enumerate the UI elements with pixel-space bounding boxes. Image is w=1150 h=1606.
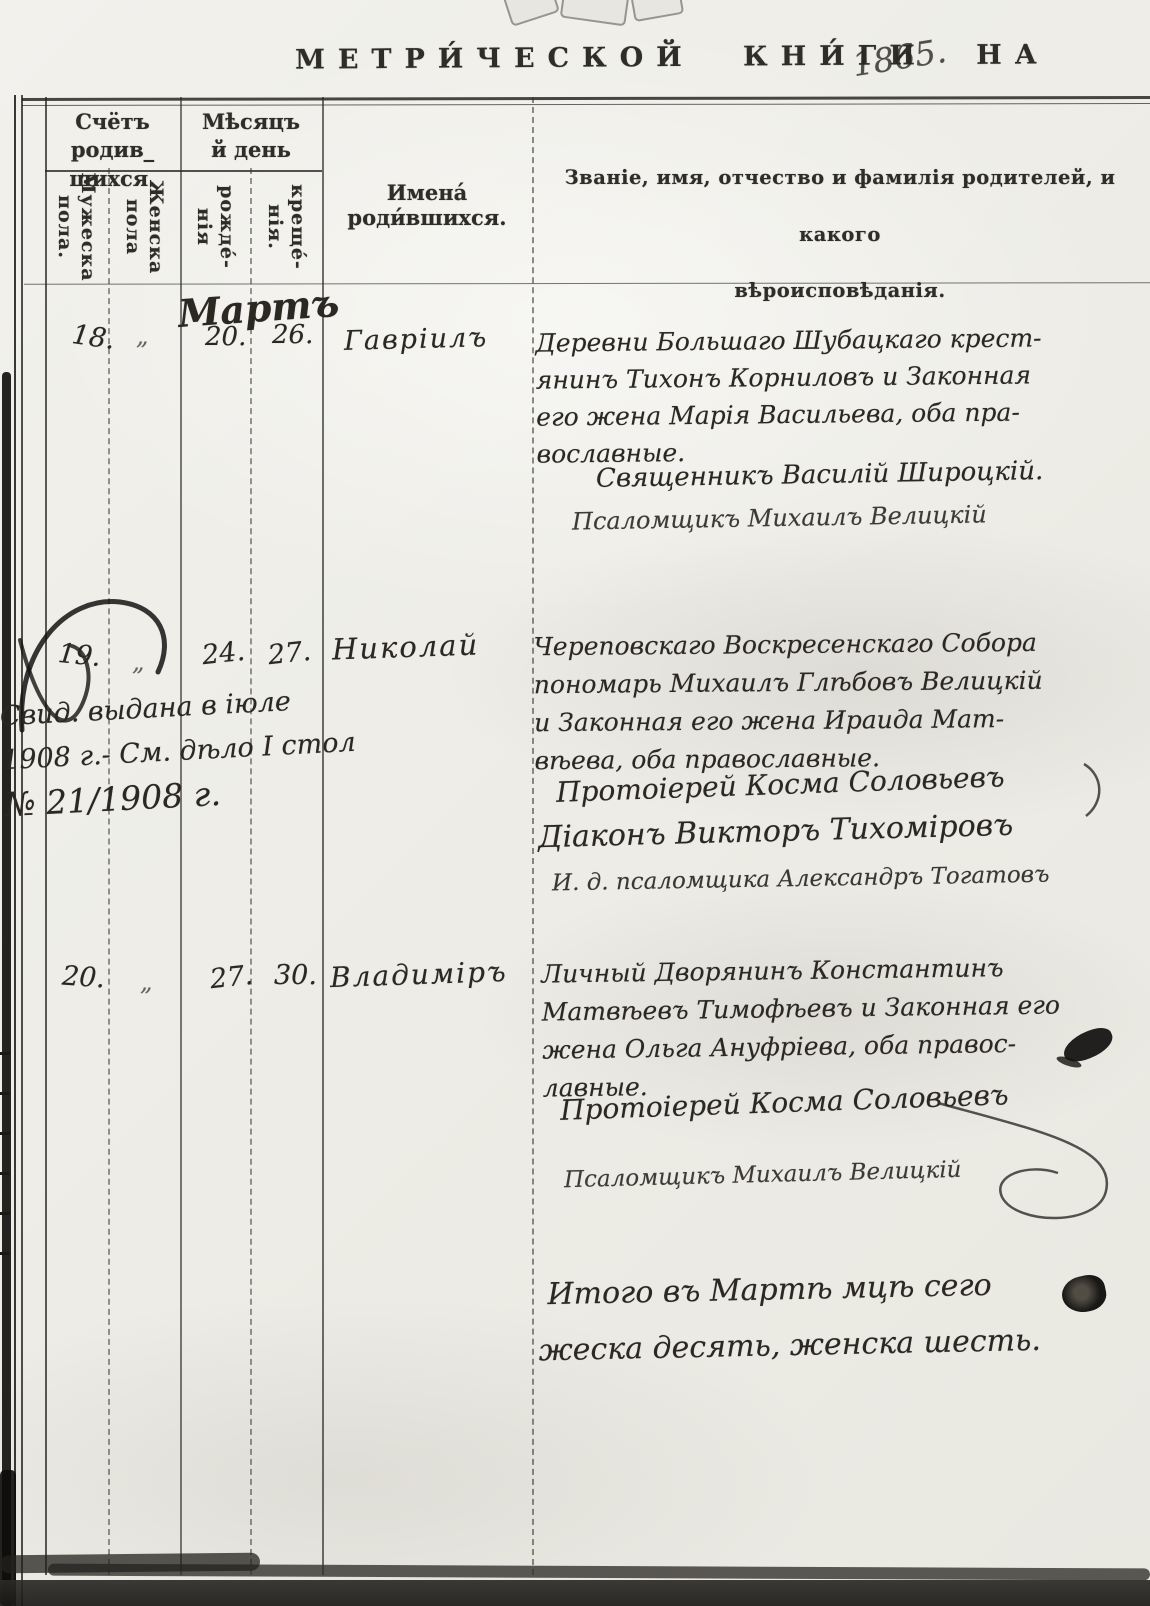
- clergy-signature: И. д. псаломщика Александръ Тогатовъ: [552, 862, 1050, 897]
- ditto-mark: „: [132, 648, 144, 676]
- page-bottom-edge: [0, 1553, 260, 1574]
- baptism-day: 27.: [266, 636, 312, 671]
- baptism-day: 30.: [274, 960, 317, 991]
- baptism-day: 26.: [272, 320, 313, 350]
- page-bottom-edge: [0, 1580, 1150, 1606]
- birth-day: 27.: [208, 960, 254, 995]
- parents-entry: Деревни Большаго Шубацкаго крест- янинъ …: [535, 319, 1043, 472]
- birth-day: 20.: [205, 322, 246, 352]
- binding-rule: [21, 95, 23, 1606]
- stitch-mark: [0, 1132, 10, 1135]
- parents-entry: Череповскаго Воскресенскаго Собора поном…: [533, 624, 1043, 780]
- child-name: Владиміръ: [329, 955, 508, 994]
- header-birth-column: рождé- нія: [186, 170, 244, 284]
- clergy-signature: Псаломщикъ Михаилъ Велицкій: [572, 500, 987, 535]
- header-baptism-column: крещé- нія.: [257, 170, 315, 284]
- stamp-fragment-icon: [502, 0, 560, 27]
- table-top-rule: [22, 103, 1150, 106]
- birth-day: 24.: [200, 636, 246, 671]
- column-rule-names-parents: [532, 97, 534, 1575]
- child-name: Гавріилъ: [344, 322, 489, 357]
- table-top-rule: [22, 96, 1150, 101]
- column-rule-table-left: [45, 97, 47, 1575]
- monthly-totals: Итого въ Мартѣ мцѣ сего жеска десять, же…: [547, 1257, 1042, 1379]
- clergy-signature: Псаломщикъ Михаилъ Велицкій: [564, 1157, 962, 1193]
- row-number: 18.: [70, 319, 117, 356]
- child-name: Николай: [331, 627, 479, 666]
- column-rule-birth-baptism: [250, 168, 252, 1575]
- document-page: МЕТРИ́ЧЕСКОЙ КНИ́ГИ НА 1865. Счётъ родив…: [0, 0, 1150, 1606]
- binding-rule: [14, 95, 16, 1606]
- clergy-signature: Священникъ Василій Широцкій.: [596, 456, 1044, 494]
- header-names-column: Имена́ роди́вшихся.: [327, 180, 527, 230]
- clergy-signature: Діаконъ Викторъ Тихоміровъ: [538, 808, 1014, 855]
- page-edge-shadow: [2, 372, 11, 1606]
- header-parents-column: Званіе, имя, отчество и фамилія родителе…: [540, 150, 1140, 320]
- stamp-fragment-icon: [560, 0, 631, 26]
- stitch-mark: [0, 1212, 10, 1215]
- stamp-fragment-icon: [630, 0, 684, 22]
- header-month-group: Мѣсяцъ й день: [180, 108, 322, 165]
- stitch-mark: [0, 1052, 10, 1055]
- stitch-mark: [0, 1252, 9, 1255]
- header-female-column: Женска пола: [115, 167, 173, 287]
- stitch-mark: [0, 1172, 9, 1175]
- paper-hole: [1059, 1272, 1110, 1316]
- ditto-mark: „: [140, 968, 152, 996]
- signature-flourish: [1078, 762, 1118, 822]
- ditto-mark: „: [136, 322, 148, 350]
- stitch-mark: [0, 1092, 9, 1095]
- header-male-column: Мужеска пола.: [47, 167, 105, 287]
- column-rule-male-female: [108, 168, 110, 1575]
- row-number: 20.: [61, 961, 106, 995]
- row-number: 19.: [56, 638, 102, 673]
- margin-note: Свид. выдана в іюле 1908 г.- См. дѣло I …: [0, 677, 359, 827]
- page-title-year: 1865.: [850, 31, 949, 84]
